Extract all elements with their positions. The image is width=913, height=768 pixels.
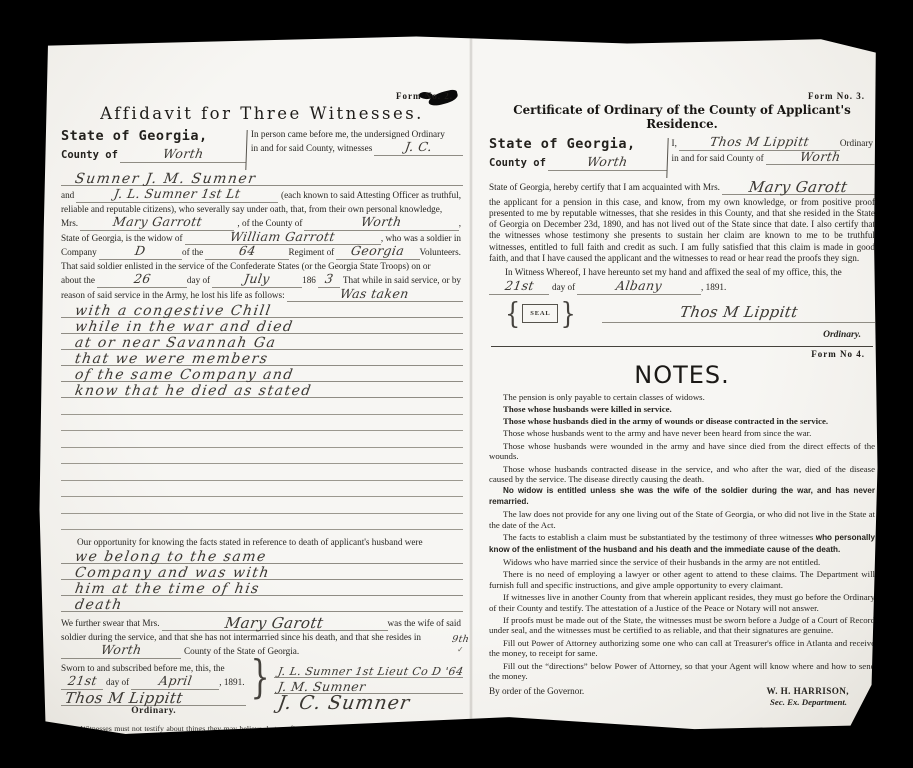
death-statement-line: while in the war and died	[61, 318, 463, 334]
opportunity-text: Our opportunity for knowing the facts st…	[61, 536, 463, 548]
regiment-label: Regiment of	[289, 246, 337, 260]
in-for-label: in and for said County of	[672, 152, 766, 166]
witness-field-3: J. L. Sumner 1st Lt	[76, 188, 278, 203]
reason-text: reason of said service in the Army, he l…	[61, 289, 287, 303]
applicant-name-handwriting: Mary Garrott	[112, 216, 203, 229]
and-label: and	[61, 189, 76, 203]
note-item: Those whose husbands went to the army an…	[489, 428, 875, 439]
affidavit-title: Affidavit for Three Witnesses.	[61, 104, 463, 123]
note-item: Fill out the “directions” below Power of…	[489, 661, 875, 682]
by-order-text: By order of the Governor.	[489, 686, 584, 707]
note-item: Widows who have married since the servic…	[489, 557, 875, 568]
county-field: Worth	[548, 156, 667, 171]
seal-month-field: Albany	[577, 280, 701, 295]
seal-year: , 1891.	[701, 281, 728, 295]
year-prefix: 186	[302, 274, 318, 288]
whereof-text: In Witness Whereof, I have hereunto set …	[489, 266, 875, 278]
county-handwriting: Worth	[162, 148, 205, 161]
swear-pre: We further swear that Mrs.	[61, 617, 162, 631]
ordinary-signature: Thos M Lippitt	[61, 690, 246, 706]
page-divider-rule	[491, 346, 873, 347]
opportunity-line: death	[61, 596, 463, 612]
death-statement-line: of the same Company and	[61, 366, 463, 382]
margin-annotation: 9th✓	[452, 635, 469, 654]
volunteers-label: Volunteers.	[420, 246, 463, 260]
sworn-year: , 1891.	[219, 676, 246, 690]
regiment-number-field: 64	[205, 245, 288, 260]
scanned-document: Form No. 2. Affidavit for Three Witnesse…	[0, 0, 913, 768]
swear-name-field: Mary Garott	[162, 616, 388, 631]
note-item: Those whose husbands were killed in serv…	[489, 404, 875, 415]
state-heading: State of Georgia,	[489, 136, 667, 152]
note-item: No widow is entitled unless she was the …	[489, 486, 875, 507]
note-item: There is no need of employing a lawyer o…	[489, 569, 875, 590]
note-item: Those whose husbands contracted disease …	[489, 464, 875, 485]
mrs-label: Mrs.	[61, 217, 80, 231]
seal-day-field: 21st	[489, 280, 549, 295]
soldier-name-handwriting: William Garrott	[229, 231, 336, 244]
opportunity-line: we belong to the same	[61, 548, 463, 564]
harrison-name: W. H. HARRISON,	[767, 686, 850, 696]
witness-handwriting-1: J. C.	[404, 141, 433, 154]
witness-signature-1: J. L. Sumner 1st Lieut Co D '64	[274, 662, 463, 678]
document-paper: Form No. 2. Affidavit for Three Witnesse…	[37, 33, 880, 734]
county-field: Worth	[120, 148, 246, 163]
sworn-block: Sworn to and subscribed before me, this,…	[61, 662, 463, 716]
blank-ruled-line	[61, 415, 463, 432]
acquainted-text: State of Georgia, hereby certify that I …	[489, 181, 722, 195]
witness-handwriting-3: J. L. Sumner 1st Lt	[113, 188, 241, 201]
known-text: (each known to said Attesting Officer as…	[278, 189, 463, 203]
certificate-page: Form No. 3. Certificate of Ordinary of t…	[489, 91, 875, 707]
state-heading: State of Georgia,	[61, 128, 246, 144]
swear-post: was the wife of said	[388, 617, 463, 631]
affidavit-page: Form No. 2. Affidavit for Three Witnesse…	[61, 91, 463, 743]
acquainted-name-field: Mary Garott	[722, 180, 875, 195]
affidavit-intro: State of Georgia, County of Worth In per…	[61, 128, 463, 170]
form-number-4: Form No 4.	[489, 349, 875, 359]
notes-title: NOTES.	[489, 361, 875, 389]
enlist-day-field: 26	[97, 273, 187, 288]
form-number-3: Form No. 3.	[489, 91, 875, 101]
death-statement-line: know that he died as stated	[61, 382, 463, 398]
company-label: Company	[61, 246, 99, 260]
note-item: Those whose husbands were wounded in the…	[489, 441, 875, 462]
ordinary-label: Ordinary.	[489, 330, 875, 340]
day-of-label: day of	[549, 281, 577, 295]
county-label: County of	[61, 149, 120, 163]
note-item: The law does not provide for any one liv…	[489, 509, 875, 530]
ordinary-signature: Thos M Lippitt	[602, 304, 875, 323]
section-divider	[245, 130, 247, 170]
witnesses-label: in and for said County, witnesses	[251, 142, 374, 156]
seal-box: SEAL	[522, 304, 558, 323]
certificate-body: the applicant for a pension in this case…	[489, 197, 875, 265]
form-number-2: Form No. 2.	[61, 91, 463, 101]
seal-stamp: { SEAL }	[505, 300, 576, 328]
opportunity-line: Company and was with	[61, 564, 463, 580]
in-for-county-field: Worth	[766, 151, 875, 166]
applicant-name-field: Mary Garrott	[80, 216, 234, 231]
enlist-year-field: 3	[318, 273, 340, 288]
blank-ruled-line	[61, 398, 463, 415]
sworn-day-of-label: day of	[103, 676, 131, 690]
signoff-block: By order of the Governor. W. H. HARRISON…	[489, 686, 875, 707]
death-statement-line: that we were members	[61, 350, 463, 366]
brace-glyph: {	[505, 297, 520, 331]
company-field: D	[99, 245, 182, 260]
death-statement-line: at or near Savannah Ga	[61, 334, 463, 350]
widow-label: State of Georgia, is the widow of	[61, 232, 185, 246]
witness-signature-3: J. C. Sumner	[274, 694, 463, 716]
witness-line-2: Sumner J. M. Sumner	[61, 170, 463, 186]
about-label: about the	[61, 274, 97, 288]
brace-glyph: }	[250, 648, 269, 729]
blank-ruled-line	[61, 431, 463, 448]
note-item: Those whose husbands died in the army of…	[489, 416, 875, 427]
note-item: If proofs must be made out of the State,…	[489, 615, 875, 636]
certificate-intro: State of Georgia, County of Worth I, Tho…	[489, 136, 875, 178]
note-item: If witnesses live in another County from…	[489, 592, 875, 613]
harrison-title: Sec. Ex. Department.	[767, 697, 850, 707]
trailing-comma: ,	[459, 217, 463, 231]
regiment-state-field: Georgia	[336, 245, 419, 260]
residence-county-field: Worth	[61, 644, 181, 659]
ordinary-title: Ordinary	[840, 137, 875, 151]
sworn-month-field: April	[131, 675, 219, 690]
county-label: County of	[489, 157, 548, 171]
blank-ruled-line	[61, 497, 463, 514]
death-first-field: Was taken	[287, 288, 463, 303]
blank-ruled-line	[61, 464, 463, 481]
residence-label: County of the State of Georgia.	[181, 645, 301, 659]
note-item: Fill out Power of Attorney authorizing s…	[489, 638, 875, 659]
of-the-label: of the	[182, 246, 205, 260]
brace-glyph: }	[560, 297, 575, 331]
ordinary-label: Ordinary.	[61, 706, 246, 716]
day-of-label: day of	[187, 274, 212, 288]
page-fold-line	[469, 33, 473, 734]
blank-ruled-line	[61, 514, 463, 531]
sworn-day-field: 21st	[61, 675, 103, 690]
witness-field-1: J. C.	[374, 141, 463, 156]
opportunity-line: him at the time of his	[61, 580, 463, 596]
blank-ruled-line	[61, 448, 463, 465]
certificate-title: Certificate of Ordinary of the County of…	[489, 103, 875, 131]
seal-signature-block: { SEAL } Thos M Lippitt	[489, 300, 875, 328]
i-label: I,	[672, 137, 679, 151]
check-mark-icon: ✓	[452, 645, 469, 654]
enlist-month-field: July	[212, 273, 302, 288]
death-statement-line: with a congestive Chill	[61, 302, 463, 318]
note-item: The facts to establish a claim must be s…	[489, 532, 875, 555]
blank-ruled-line	[61, 481, 463, 498]
note-item: The pension is only payable to certain c…	[489, 392, 875, 403]
